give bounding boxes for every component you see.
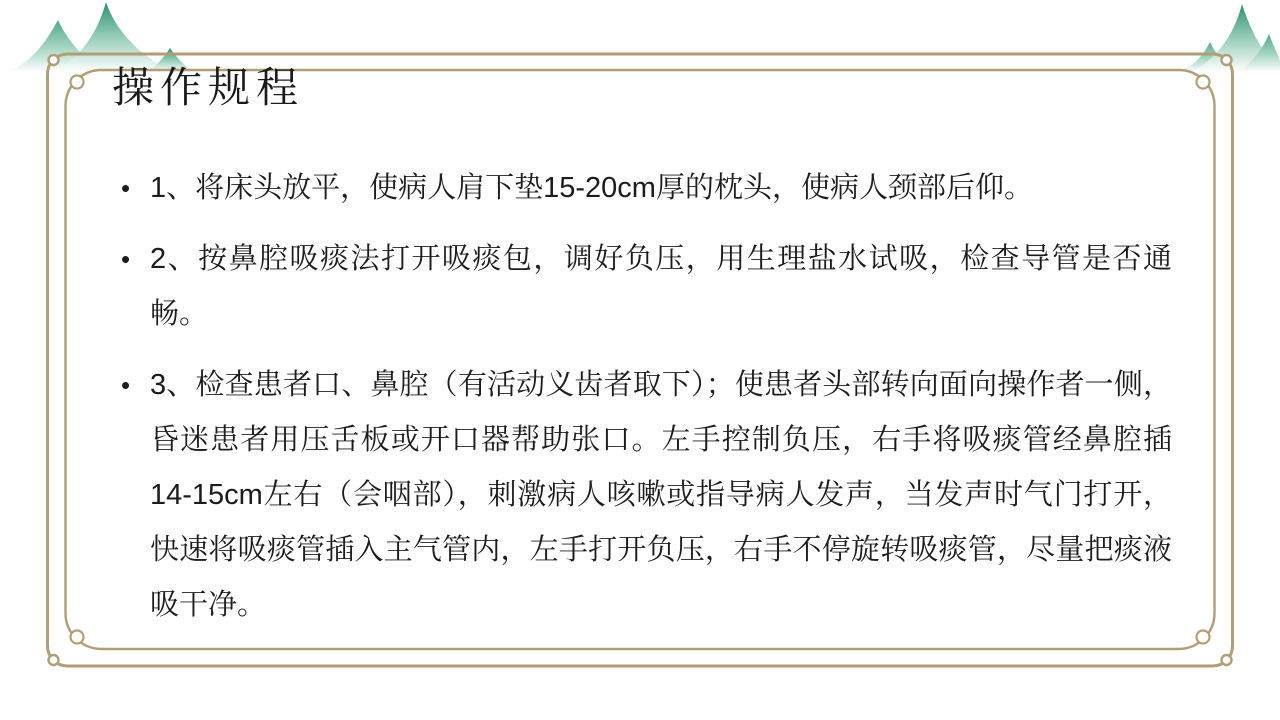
list-item-text: 1、将床头放平，使病人肩下垫15-20cm厚的枕头，使病人颈部后仰。	[150, 172, 1033, 204]
list-item-text: 2、按鼻腔吸痰法打开吸痰包，调好负压，用生理盐水试吸，检查导管是否通畅。	[150, 243, 1172, 330]
page-title: 操作规程	[112, 64, 304, 114]
bullet-list: • 1、将床头放平，使病人肩下垫15-20cm厚的枕头，使病人颈部后仰。 • 2…	[150, 161, 1172, 649]
list-item: • 2、按鼻腔吸痰法打开吸痰包，调好负压，用生理盐水试吸，检查导管是否通畅。	[150, 232, 1172, 342]
presentation-slide: 操作规程 • 1、将床头放平，使病人肩下垫15-20cm厚的枕头，使病人颈部后仰…	[0, 0, 1280, 720]
mountain-icon-top-right	[1180, 4, 1280, 72]
list-item: • 3、检查患者口、鼻腔（有活动义齿者取下）；使患者头部转向面向操作者一侧，昏迷…	[150, 358, 1172, 633]
bullet-dot-icon: •	[121, 358, 130, 413]
list-item-text: 3、检查患者口、鼻腔（有活动义齿者取下）；使患者头部转向面向操作者一侧，昏迷患者…	[150, 369, 1172, 621]
bullet-dot-icon: •	[121, 232, 130, 287]
bullet-dot-icon: •	[121, 161, 130, 216]
mountain-icon-top-left	[8, 2, 194, 72]
list-item: • 1、将床头放平，使病人肩下垫15-20cm厚的枕头，使病人颈部后仰。	[150, 161, 1172, 216]
